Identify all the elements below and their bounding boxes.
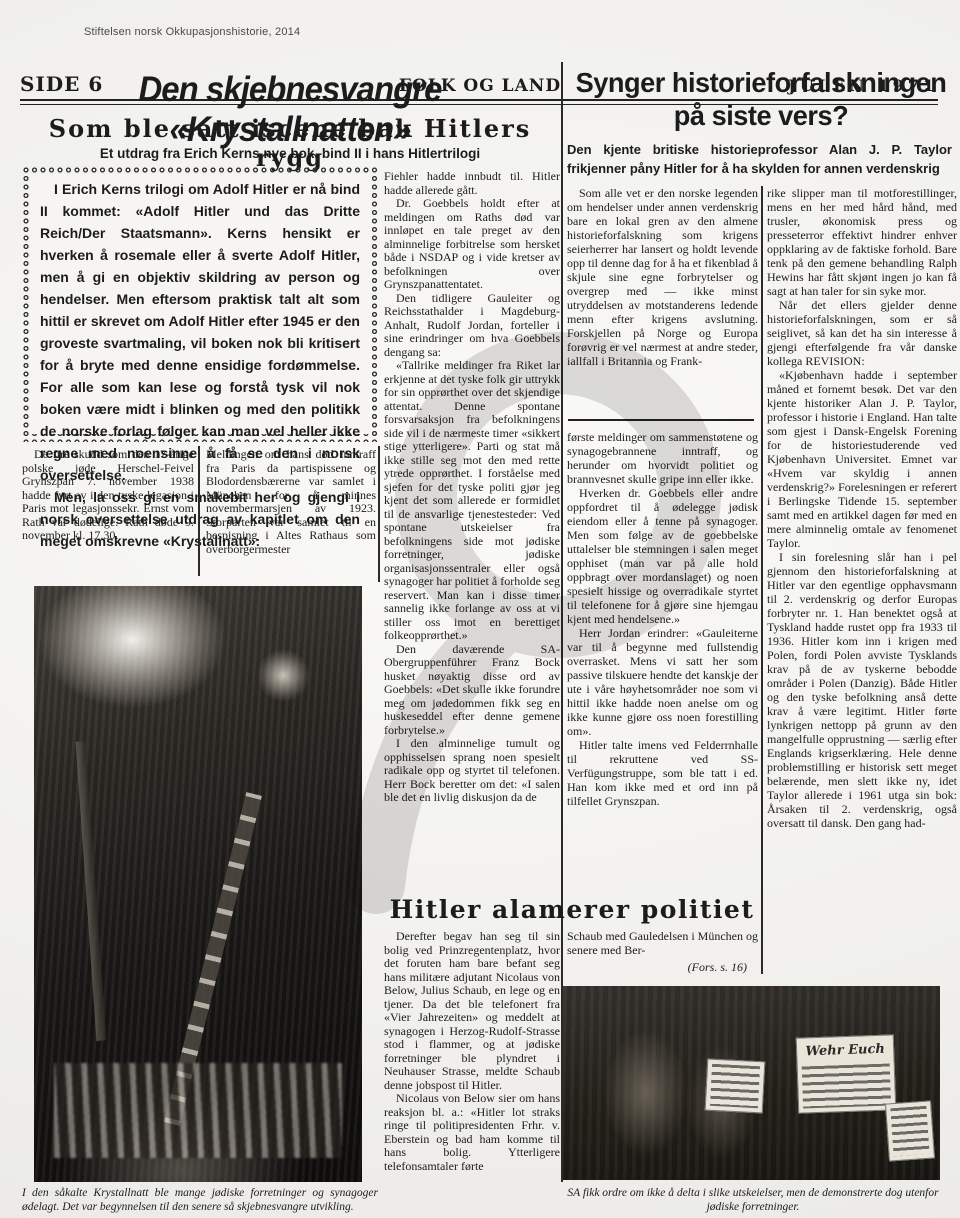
right-article-column-2: rike slipper man til motforestillinger, … bbox=[767, 186, 957, 972]
right-article-title-line2: på siste vers? bbox=[568, 99, 954, 132]
right-photo-caption: SA fikk ordre om ikke å delta i slike ut… bbox=[566, 1186, 940, 1214]
intro-box-chain-border: I Erich Kerns trilogi om Adolf Hitler er… bbox=[22, 166, 378, 442]
left-photo-caption: I den såkalte Krystallnatt ble mange jød… bbox=[22, 1186, 378, 1214]
continuation-column: første meldinger om sammenstøtene og syn… bbox=[567, 430, 758, 890]
sign-text-lines bbox=[801, 1064, 890, 1109]
sign-text-lines bbox=[891, 1106, 930, 1156]
protest-sign-small bbox=[705, 1058, 766, 1113]
subheadline: Hitler alamerer politiet bbox=[384, 895, 760, 924]
right-article-column-1: Som alle vet er den norske legenden om h… bbox=[567, 186, 758, 412]
section-rule bbox=[568, 419, 754, 421]
photo-beam bbox=[76, 741, 107, 1041]
column-divider-left bbox=[198, 446, 200, 576]
column-divider-right bbox=[761, 186, 763, 974]
sign-text-lines bbox=[710, 1063, 760, 1107]
middle-column: Fiehler hadde innbudt til. Hitler hadde … bbox=[384, 170, 560, 892]
intro-box-text: I Erich Kerns trilogi om Adolf Hitler er… bbox=[30, 174, 370, 434]
sa-demonstration-photo: Wehr Euch bbox=[563, 986, 940, 1180]
synagogue-fire-photo bbox=[34, 586, 362, 1182]
continued-on-page-note: (Fors. s. 16) bbox=[567, 960, 759, 975]
right-article-deck: Den kjente britiske historieprofessor Al… bbox=[567, 140, 952, 178]
right-article-title: Synger historieforfalskningen på siste v… bbox=[568, 66, 954, 132]
photo-rubble bbox=[54, 1063, 343, 1158]
left-article-deck: Et utdrag fra Erich Kerns nye bok, bind … bbox=[20, 146, 560, 161]
left-column-1: De fire skudd som den 17-årige polske jø… bbox=[22, 448, 194, 574]
left-column-2: Meldingen om hans død inntraff fra Paris… bbox=[206, 448, 376, 574]
archive-stamp-note: Stiftelsen norsk Okkupasjonshistorie, 20… bbox=[84, 26, 300, 38]
sign-gothic-text: Wehr Euch bbox=[797, 1042, 893, 1060]
column-divider-box-edge bbox=[378, 446, 380, 582]
protest-sign-large: Wehr Euch bbox=[795, 1035, 896, 1114]
left-article-subtitle: Som ble satt iscene bak Hitlers rygg bbox=[20, 114, 560, 172]
protest-sign-side bbox=[885, 1101, 935, 1162]
subhead-column-b: Schaub med Gauledelsen i München og sene… bbox=[567, 930, 758, 964]
subhead-column-a: Derefter begav han seg til sin bolig ved… bbox=[384, 930, 560, 1208]
right-article-title-line1: Synger historieforfalskningen bbox=[568, 66, 954, 99]
